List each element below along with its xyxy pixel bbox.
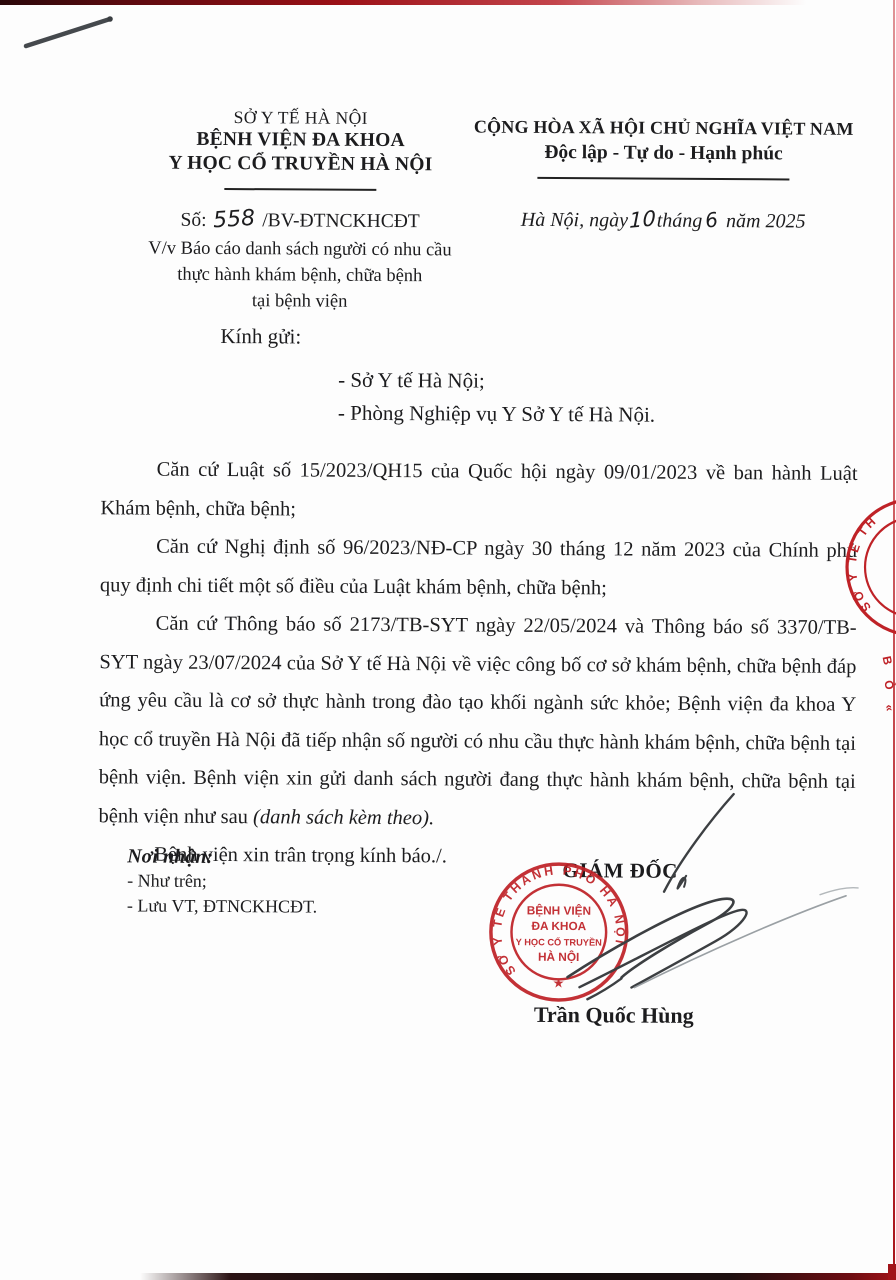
partial-seal-icon: SỞ Y TẾ TH B Ỏ « [838, 475, 896, 766]
paragraph-legal-basis-2: Căn cứ Nghị định số 96/2023/NĐ-CP ngày 3… [100, 527, 857, 609]
subject-line: tại bệnh viện [144, 289, 456, 317]
date-day-handwritten: 10 [629, 205, 656, 234]
noi-nhan-item: - Như trên; [127, 868, 317, 894]
subject-line: V/v Báo cáo danh sách người có nhu cầu [144, 237, 456, 265]
place-date-line: Hà Nội, ngày10tháng6 năm 2025 [467, 205, 859, 234]
org-underline [144, 175, 456, 196]
attachment-note: (danh sách kèm theo). [253, 806, 434, 829]
noi-nhan-item: - Lưu VT, ĐTNCKHCĐT. [127, 893, 317, 919]
noi-nhan-block: Nơi nhận: - Như trên; - Lưu VT, ĐTNCKHCĐ… [127, 845, 318, 918]
national-title: CỘNG HÒA XÃ HỘI CHỦ NGHĨA VIỆT NAM [468, 115, 860, 140]
paragraph-legal-basis-1: Căn cứ Luật số 15/2023/QH15 của Quốc hội… [100, 450, 857, 532]
national-motto: Độc lập - Tự do - Hạnh phúc [467, 140, 859, 167]
motto-underline [467, 164, 859, 186]
document-number-suffix: /BV-ĐTNCKHCĐT [262, 211, 420, 233]
recipient-item: - Phòng Nghiệp vụ Y Sở Y tế Hà Nội. [338, 397, 655, 432]
date-prefix: Hà Nội, ngày [521, 209, 628, 232]
subject-block: V/v Báo cáo danh sách người có nhu cầu t… [144, 237, 456, 317]
org-name-line2: Y HỌC CỔ TRUYỀN HÀ NỘI [144, 152, 456, 178]
scanned-letter-page: SỞ Y TẾ HÀ NỘI BỆNH VIỆN ĐA KHOA Y HỌC C… [0, 0, 896, 1280]
document-number-handwritten: 558 [213, 206, 257, 235]
issuing-org-block: SỞ Y TẾ HÀ NỘI BỆNH VIỆN ĐA KHOA Y HỌC C… [144, 107, 457, 317]
signature-scrawl-icon [539, 781, 862, 1021]
partial-seal: SỞ Y TẾ TH B Ỏ « [838, 475, 896, 766]
document-number-label: Số: [180, 210, 206, 231]
salutation-label: Kính gửi: [220, 324, 301, 349]
subject-line: thực hành khám bệnh, chữa bệnh [144, 263, 456, 291]
date-year: năm 2025 [726, 210, 806, 232]
recipient-item: - Sở Y tế Hà Nội; [338, 364, 655, 399]
org-name-line1: BỆNH VIỆN ĐA KHOA [145, 128, 457, 154]
partial-seal-fragment: B [880, 655, 896, 667]
recipient-list: - Sở Y tế Hà Nội; - Phòng Nghiệp vụ Y Sở… [338, 364, 656, 432]
scan-edge-corner [888, 1264, 896, 1280]
date-month-handwritten: 6 [704, 207, 720, 233]
parent-org-name: SỞ Y TẾ HÀ NỘI [145, 107, 457, 130]
partial-seal-fragment: Ỏ [881, 679, 896, 691]
noi-nhan-label: Nơi nhận: [127, 845, 317, 869]
partial-seal-fragment: « [882, 704, 896, 713]
document-content: SỞ Y TẾ HÀ NỘI BỆNH VIỆN ĐA KHOA Y HỌC C… [0, 0, 896, 1280]
date-month-word: tháng [657, 210, 703, 232]
national-header-block: CỘNG HÒA XÃ HỘI CHỦ NGHĨA VIỆT NAM Độc l… [467, 115, 860, 234]
document-number-line: Số: 558 /BV-ĐTNCKHCĐT [144, 207, 456, 236]
